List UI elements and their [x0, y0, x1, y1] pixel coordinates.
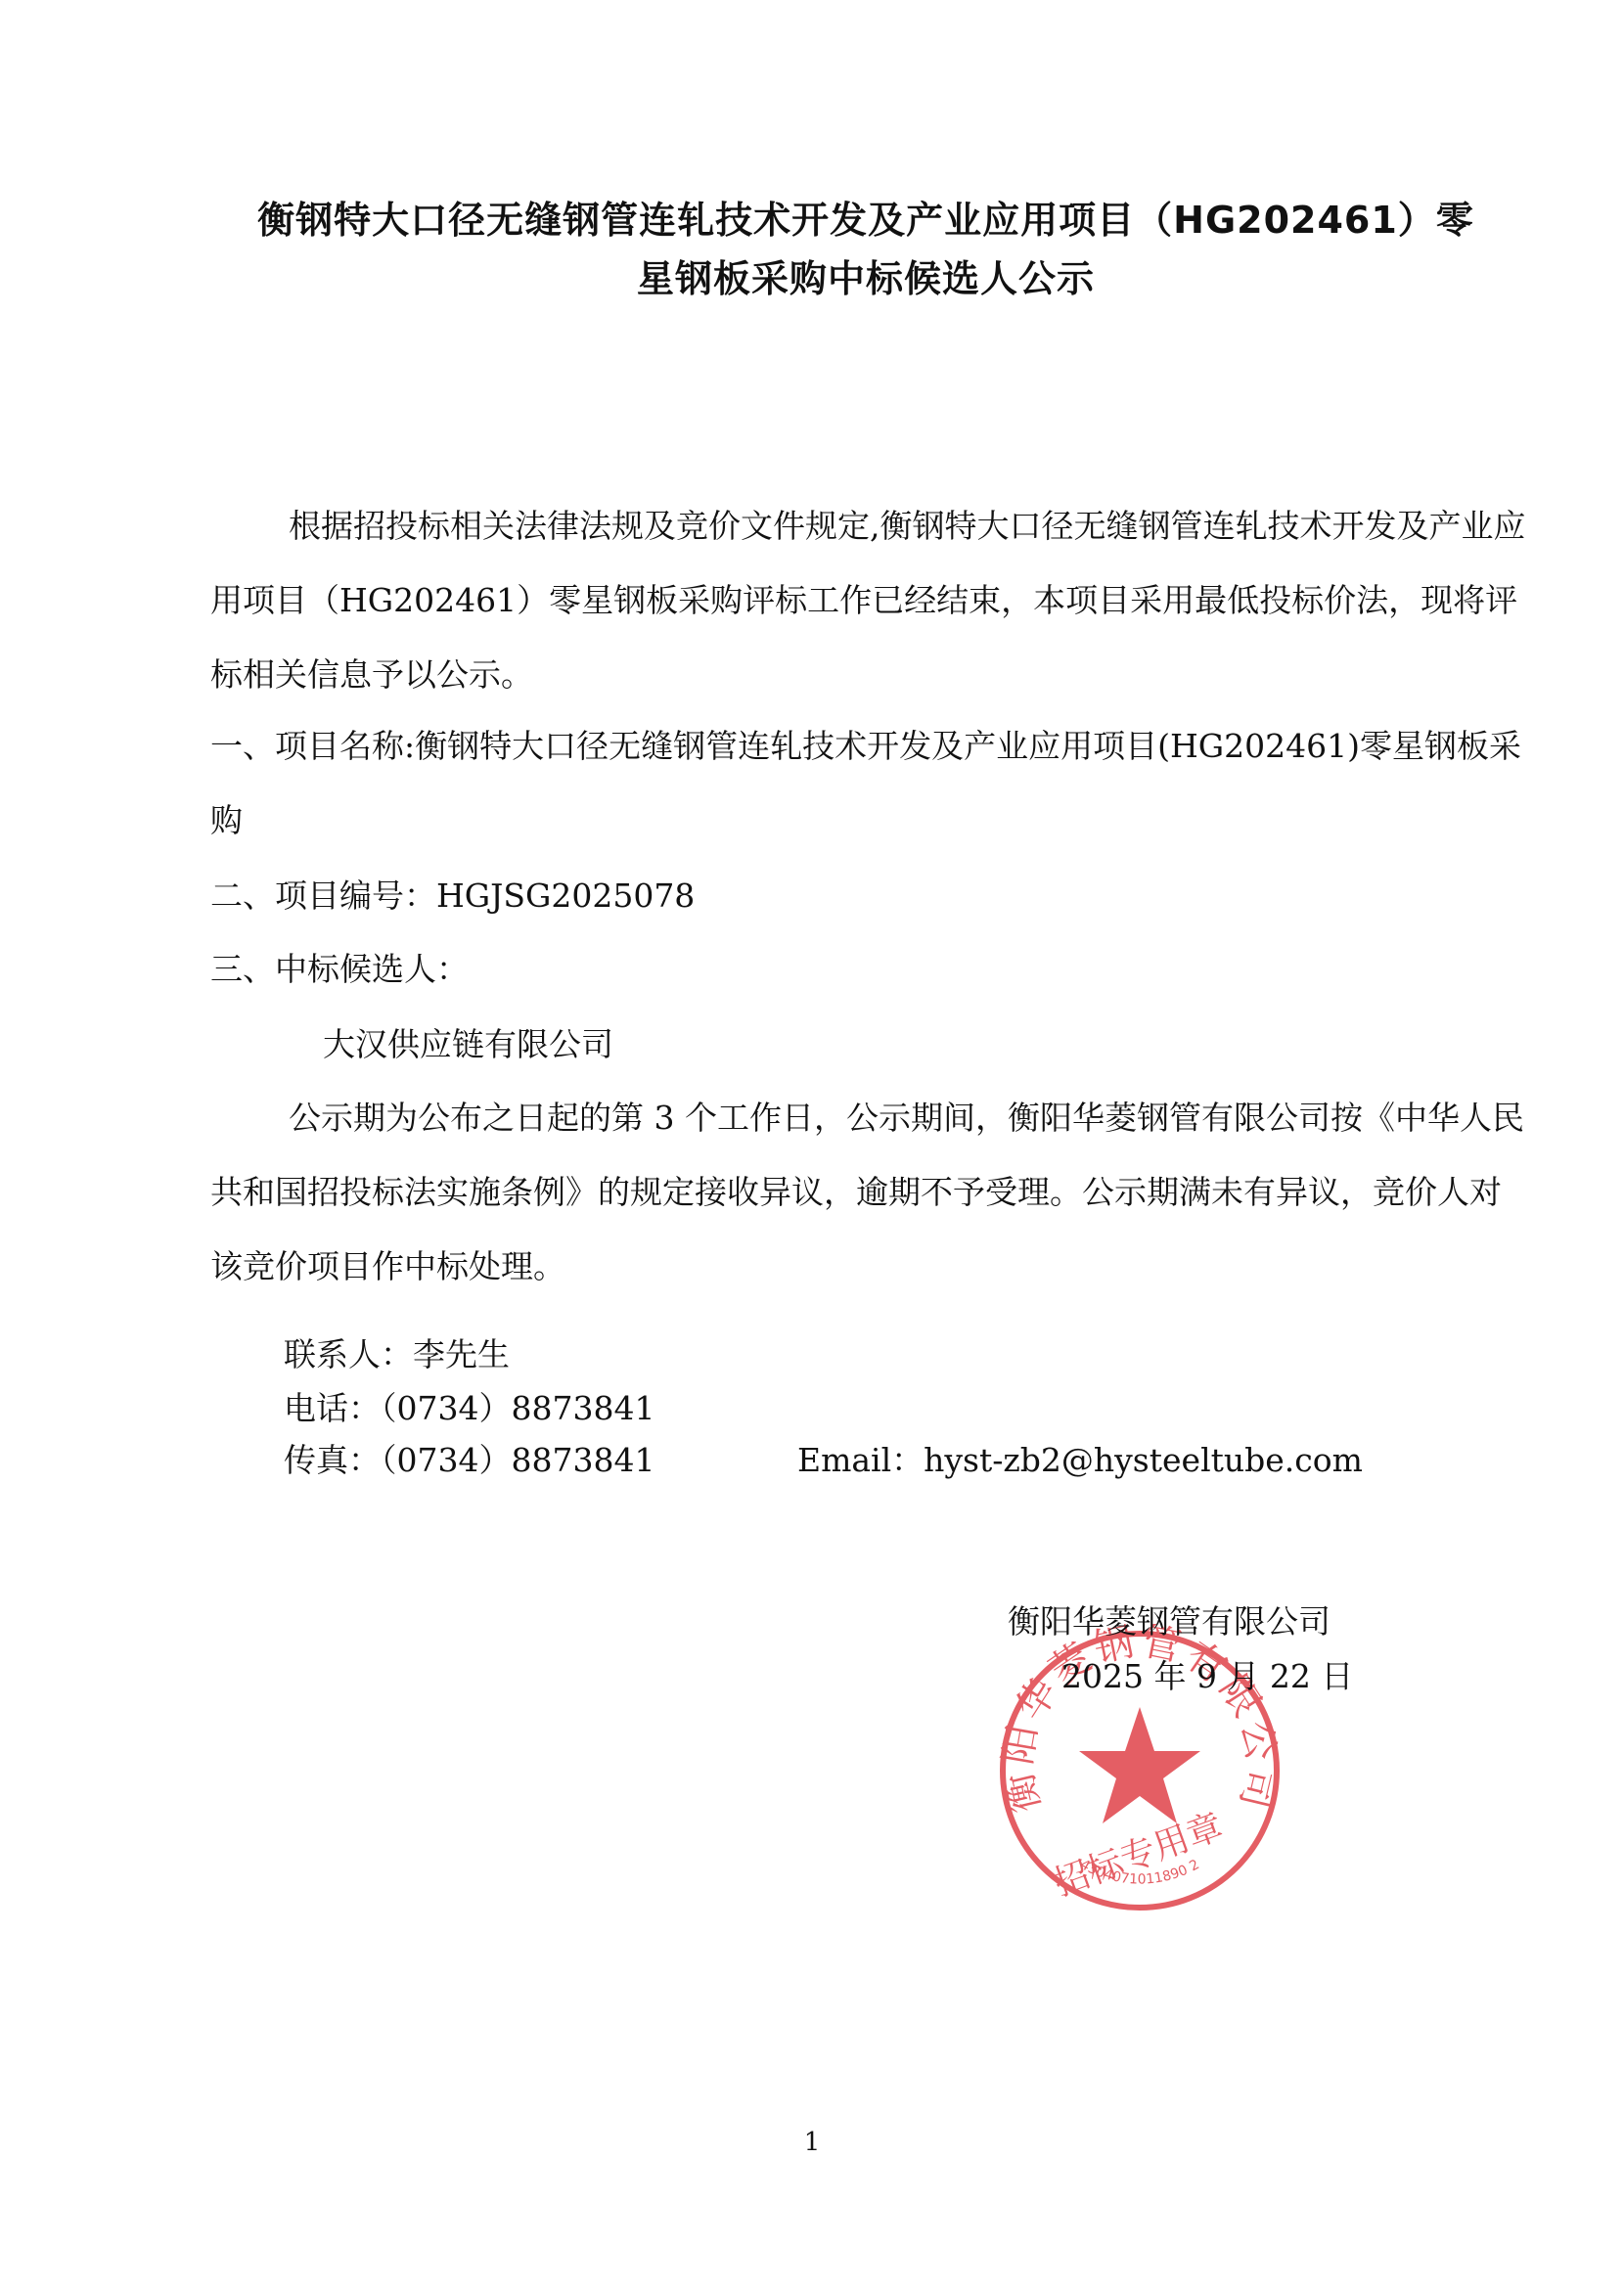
page-number: 1	[0, 2128, 1624, 2157]
contact-phone: 电话：（0734）8873841	[284, 1384, 654, 1433]
document-title: 衡钢特大口径无缝钢管连轧技术开发及产业应用项目（HG202461）零 星钢板采购…	[205, 191, 1526, 308]
signature-block: 衡阳华菱钢管有限公司 2025 年 9 月 22 日	[1008, 1595, 1353, 1704]
title-line-1: 衡钢特大口径无缝钢管连轧技术开发及产业应用项目（HG202461）零	[205, 191, 1526, 249]
title-line-2: 星钢板采购中标候选人公示	[205, 249, 1526, 308]
contact-fax: 传真：（0734）8873841	[284, 1441, 654, 1479]
project-name: 一、项目名称:衡钢特大口径无缝钢管连轧技术开发及产业应用项目(HG202461)…	[210, 709, 1526, 858]
contact-email: Email：hyst-zb2@hysteeltube.com	[797, 1436, 1363, 1485]
project-number: 二、项目编号：HGJSG2025078	[210, 871, 695, 917]
signature-date: 2025 年 9 月 22 日	[1008, 1649, 1353, 1704]
notice-paragraph: 公示期为公布之日起的第 3 个工作日，公示期间，衡阳华菱钢管有限公司按《中华人民…	[210, 1081, 1526, 1304]
contact-person: 联系人：李先生	[284, 1330, 510, 1379]
candidate-heading: 三、中标候选人：	[210, 944, 469, 990]
intro-paragraph: 根据招投标相关法律法规及竞价文件规定,衡钢特大口径无缝钢管连轧技术开发及产业应用…	[210, 489, 1526, 712]
signer-company: 衡阳华菱钢管有限公司	[1008, 1595, 1353, 1649]
contact-fax-row: 传真：（0734）8873841 Email：hyst-zb2@hysteelt…	[284, 1436, 654, 1485]
candidate-name: 大汉供应链有限公司	[323, 1019, 613, 1065]
